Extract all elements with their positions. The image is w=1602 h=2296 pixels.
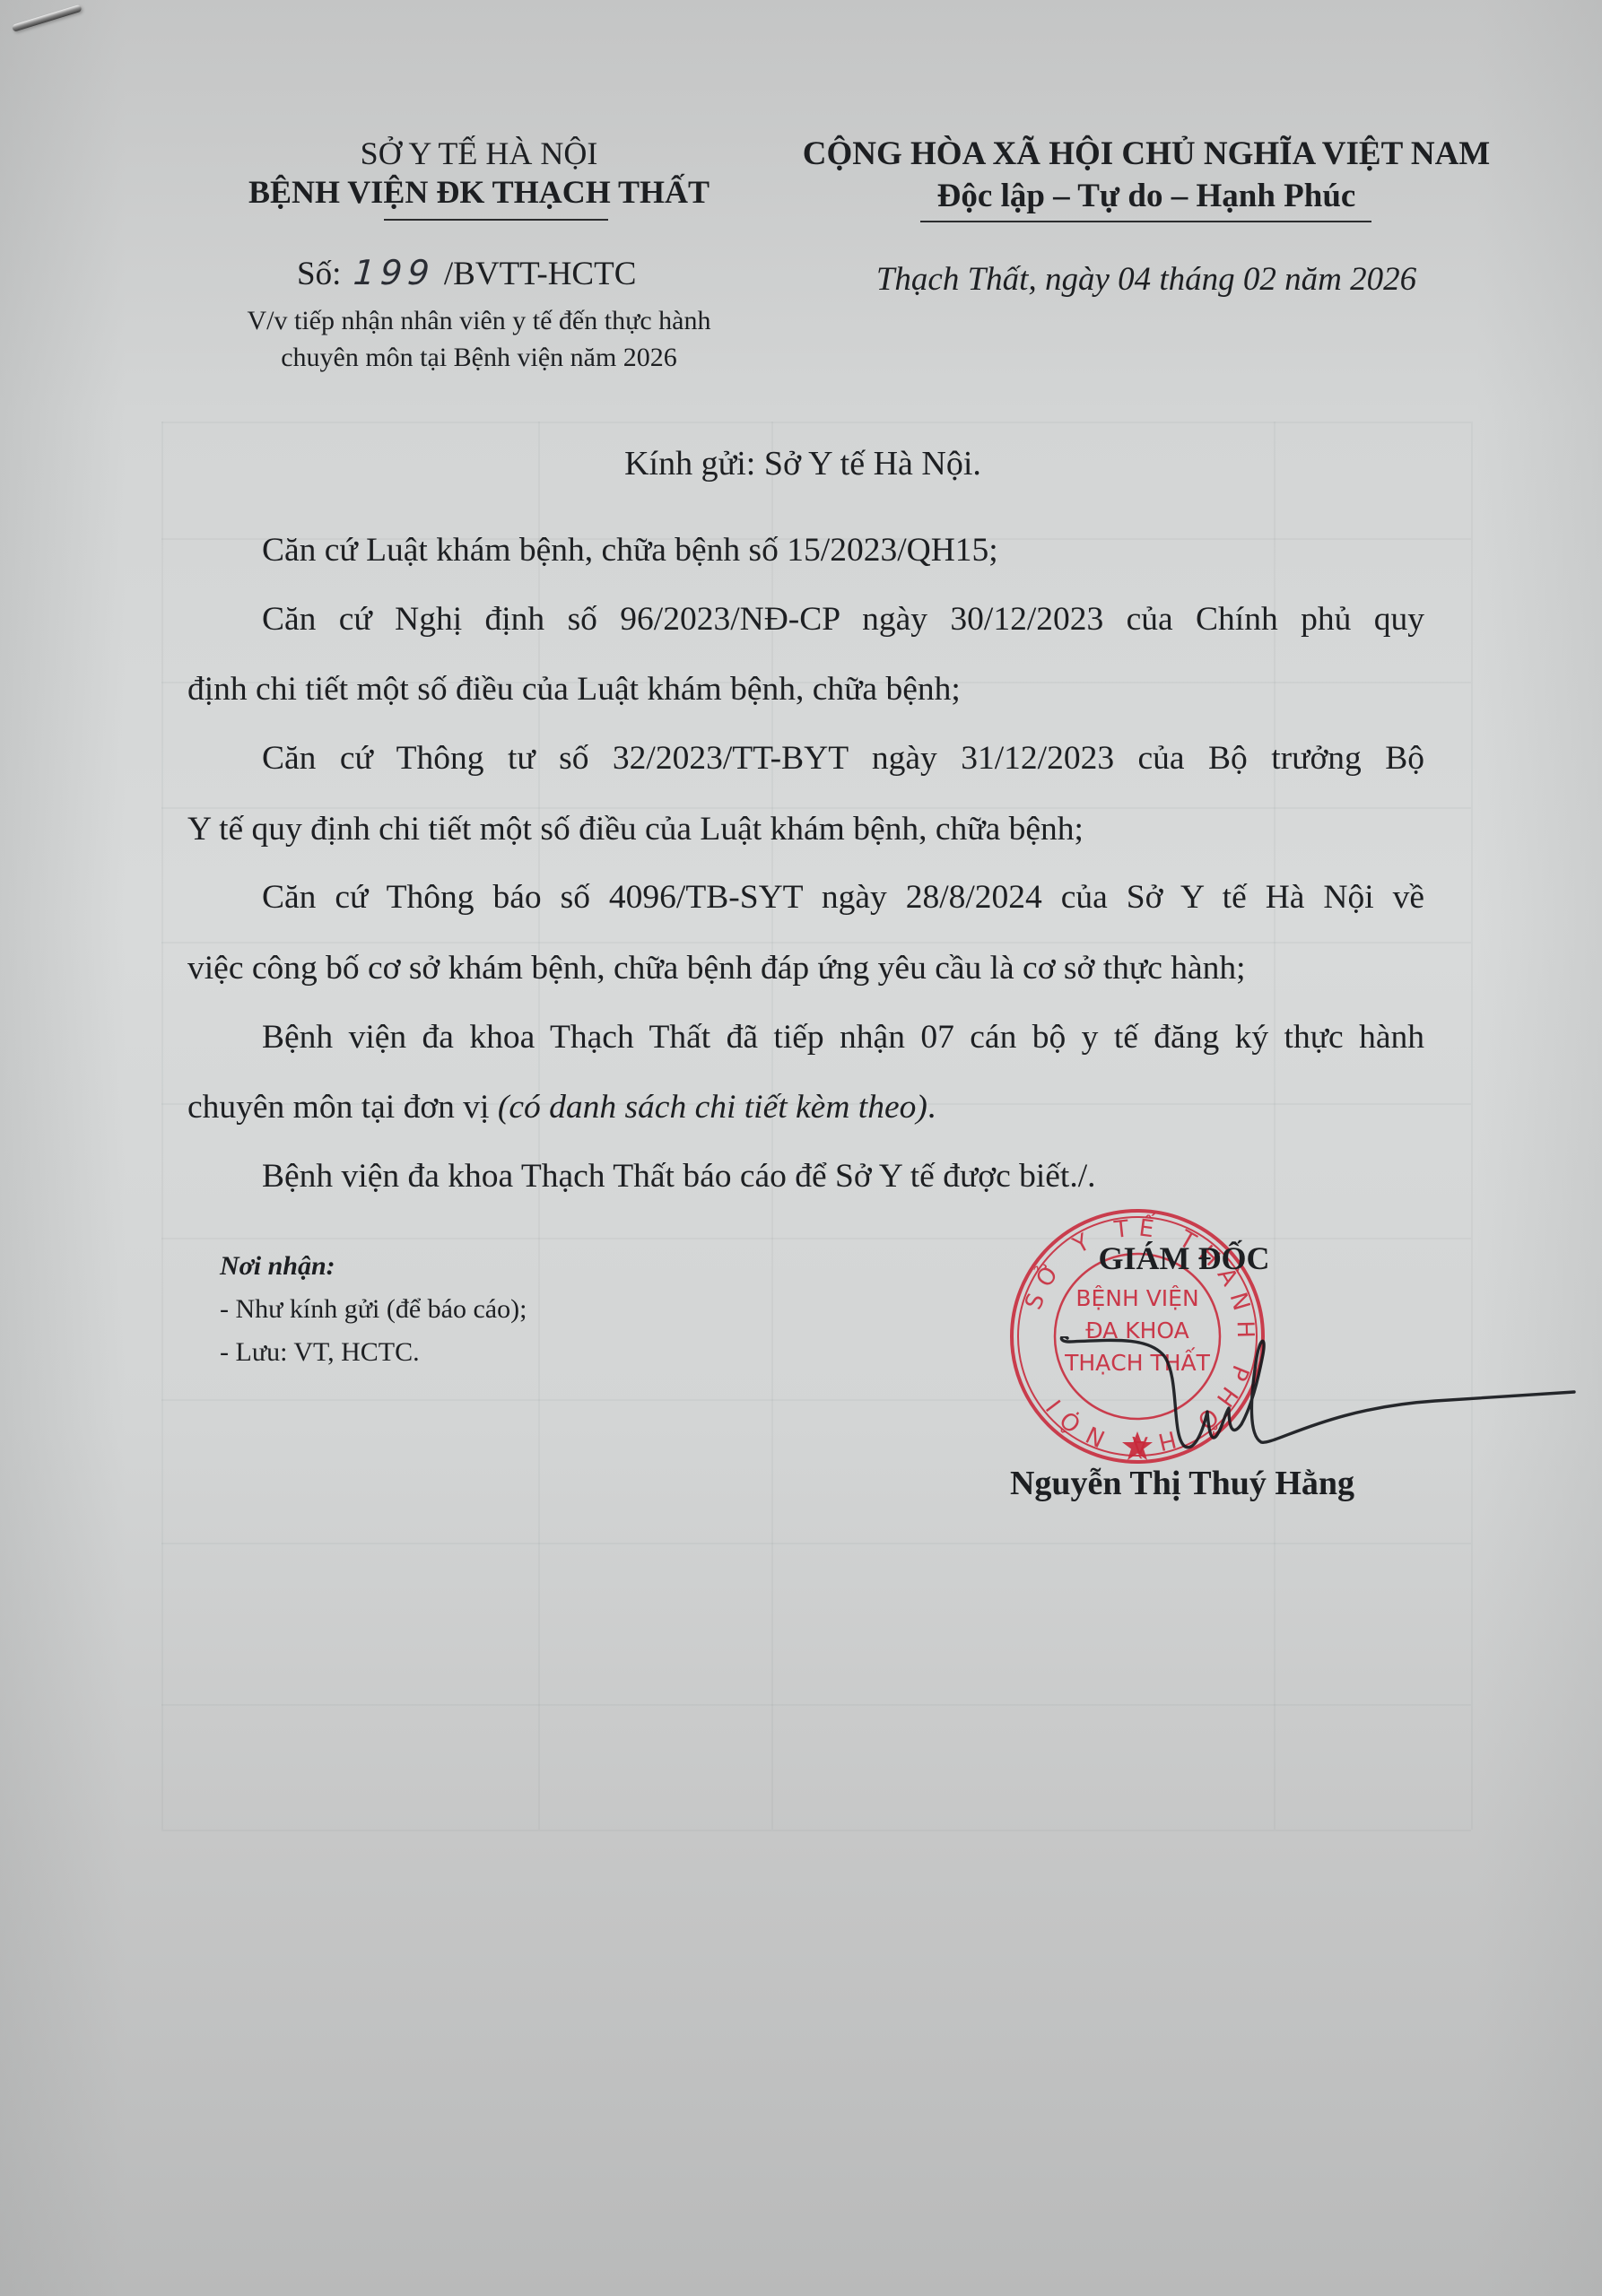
ghost-rule xyxy=(161,422,163,1830)
body-line: chuyên môn tại đơn vị (có danh sách chi … xyxy=(187,1088,936,1126)
header-right-underline xyxy=(920,221,1371,222)
subject-line-1: V/v tiếp nhận nhân viên y tế đến thực hà… xyxy=(248,306,711,336)
signer-title: GIÁM ĐỐC xyxy=(1099,1239,1270,1277)
ghost-rule xyxy=(161,1830,1471,1831)
body-line: Căn cứ Thông tư số 32/2023/TT-BYT ngày 3… xyxy=(262,739,1424,778)
paper-shadow-left xyxy=(0,0,126,2296)
document-number-suffix: /BVTT-HCTC xyxy=(444,256,636,292)
body-line: Bệnh viện đa khoa Thạch Thất đã tiếp nhậ… xyxy=(262,1018,1424,1057)
handwritten-signature xyxy=(1058,1336,1579,1480)
recipient-item: - Như kính gửi (để báo cáo); xyxy=(220,1294,527,1325)
issuing-authority: SỞ Y TẾ HÀ NỘI xyxy=(361,135,598,172)
body-line: định chi tiết một số điều của Luật khám … xyxy=(187,670,961,709)
recipient-item: - Lưu: VT, HCTC. xyxy=(220,1337,420,1368)
national-motto: Độc lập – Tự do – Hạnh Phúc xyxy=(937,177,1356,215)
issuing-organization: BỆNH VIỆN ĐK THẠCH THẤT xyxy=(248,173,710,211)
salutation: Kính gửi: Sở Y tế Hà Nội. xyxy=(624,444,981,483)
place-date: Thạch Thất, ngày 04 tháng 02 năm 2026 xyxy=(876,260,1416,299)
document-number-prefix: Số: xyxy=(297,256,341,292)
stamp-center-line: BỆNH VIỆN xyxy=(1075,1285,1198,1311)
subject-line-2: chuyên môn tại Bệnh viện năm 2026 xyxy=(281,343,677,373)
body-line: việc công bố cơ sở khám bệnh, chữa bệnh … xyxy=(187,949,1246,987)
recipients-title: Nơi nhận: xyxy=(220,1251,335,1282)
national-title: CỘNG HÒA XÃ HỘI CHỦ NGHĨA VIỆT NAM xyxy=(803,135,1490,173)
handwritten-number: 199 xyxy=(353,253,437,292)
document-number: Số:199/BVTT-HCTC xyxy=(297,253,636,293)
body-line: Y tế quy định chi tiết một số điều của L… xyxy=(187,810,1084,848)
paper-shadow-right xyxy=(1476,0,1602,2296)
body-line: Căn cứ Luật khám bệnh, chữa bệnh số 15/2… xyxy=(262,531,998,570)
body-line: Căn cứ Nghị định số 96/2023/NĐ-CP ngày 3… xyxy=(262,600,1424,639)
body-line: Bệnh viện đa khoa Thạch Thất báo cáo để … xyxy=(262,1157,1096,1196)
body-line: Căn cứ Thông báo số 4096/TB-SYT ngày 28/… xyxy=(262,878,1424,917)
header-left-underline xyxy=(384,219,608,221)
ghost-rule xyxy=(1471,422,1473,1830)
